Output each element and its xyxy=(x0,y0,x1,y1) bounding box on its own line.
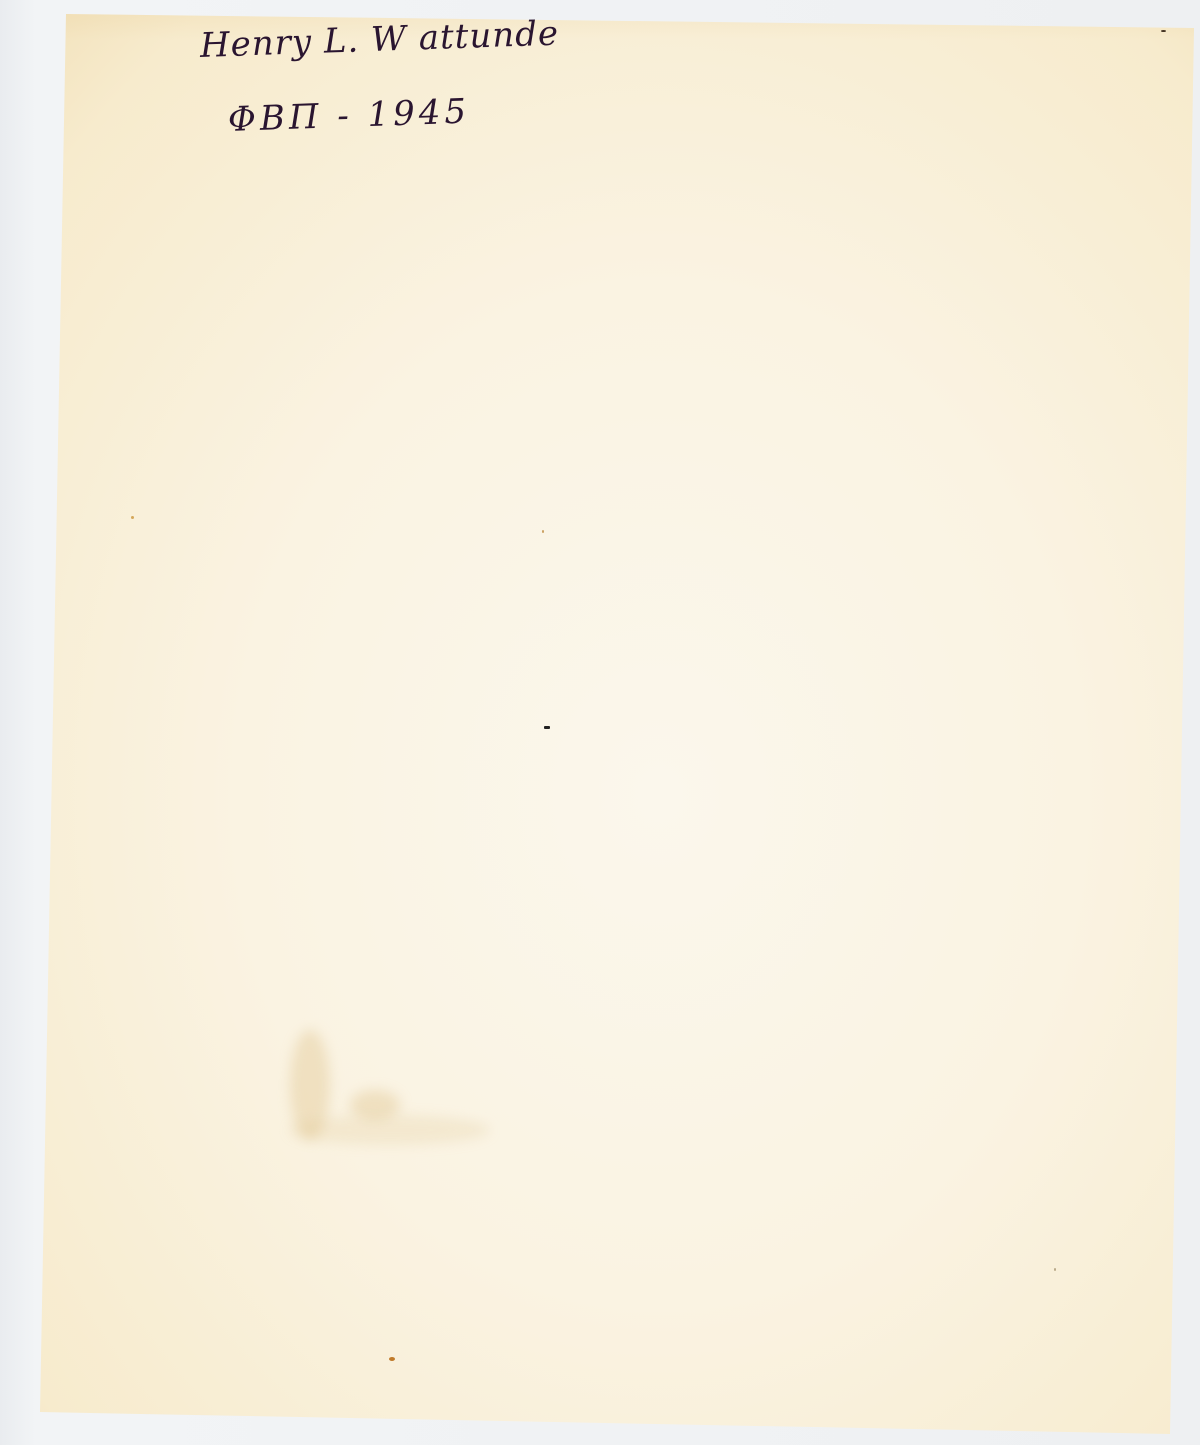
card-edge-aging xyxy=(0,0,1200,1445)
ink-mark xyxy=(544,726,550,729)
foxing-speck xyxy=(542,530,544,533)
rust-speck xyxy=(389,1357,395,1361)
foxing-speck xyxy=(131,516,134,519)
foxing-speck xyxy=(1054,1268,1056,1271)
faint-stain xyxy=(290,1115,490,1145)
handwritten-annotation: Henry L. W attunde ΦBΠ - 1945 xyxy=(200,18,620,178)
edge-mark xyxy=(1161,30,1166,32)
handwritten-fraternity-year: ΦBΠ - 1945 xyxy=(227,92,470,140)
handwritten-name: Henry L. W attunde xyxy=(199,13,559,66)
